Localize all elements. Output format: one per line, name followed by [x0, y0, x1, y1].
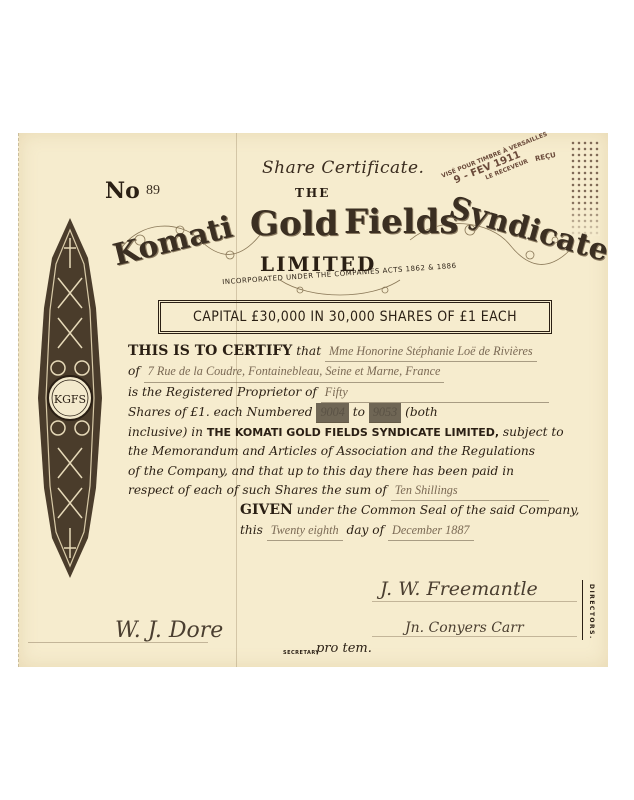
directors-label: DIRECTORS. [588, 584, 595, 640]
line-given: GIVEN under the Common Seal of the said … [128, 501, 598, 520]
signature-director-1: J. W. Freemantle [380, 578, 538, 600]
line-memorandum: the Memorandum and Articles of Associati… [128, 442, 598, 461]
signature-director-2: Jn. Conyers Carr [405, 620, 524, 636]
line-numbers: Shares of £1. each Numbered 9004 to 9053… [128, 403, 598, 423]
secretary-label: SECRETARY [283, 650, 320, 656]
line-date: this Twenty eighth day of December 1887 [128, 521, 598, 541]
signature-left: W. J. Dore [115, 618, 223, 643]
line-company-paid: of the Company, and that up to this day … [128, 462, 598, 481]
svg-text:KGFS: KGFS [54, 393, 86, 406]
number-to: 9053 [369, 403, 401, 423]
line-certify: THIS IS TO CERTIFY that Mme Honorine Sté… [128, 342, 598, 362]
signature-secretary: pro tem. [316, 641, 372, 656]
holder-address: 7 Rue de la Coudre, Fontainebleau, Seine… [144, 362, 445, 382]
share-count: Fifty [321, 383, 549, 403]
line-respect: respect of each of such Shares the sum o… [128, 481, 598, 501]
day-written: Twenty eighth [267, 521, 343, 541]
capital-banner: CAPITAL £30,000 IN 30,000 SHARES OF £1 E… [158, 300, 552, 334]
monogram-ornament-icon: KGFS [38, 218, 102, 578]
line-inclusive: inclusive) in THE KOMATI GOLD FIELDS SYN… [128, 423, 598, 442]
certificate-body: THIS IS TO CERTIFY that Mme Honorine Sté… [128, 342, 598, 541]
amount-paid: Ten Shillings [391, 481, 549, 501]
number-from: 9004 [316, 403, 348, 423]
line-registered: is the Registered Proprietor of Fifty [128, 383, 598, 403]
holder-name: Mme Honorine Stéphanie Loë de Rivières [325, 342, 537, 362]
month-year: December 1887 [388, 521, 474, 541]
line-address: of 7 Rue de la Coudre, Fontainebleau, Se… [128, 362, 598, 382]
document-heading: Share Certificate. [262, 158, 424, 178]
